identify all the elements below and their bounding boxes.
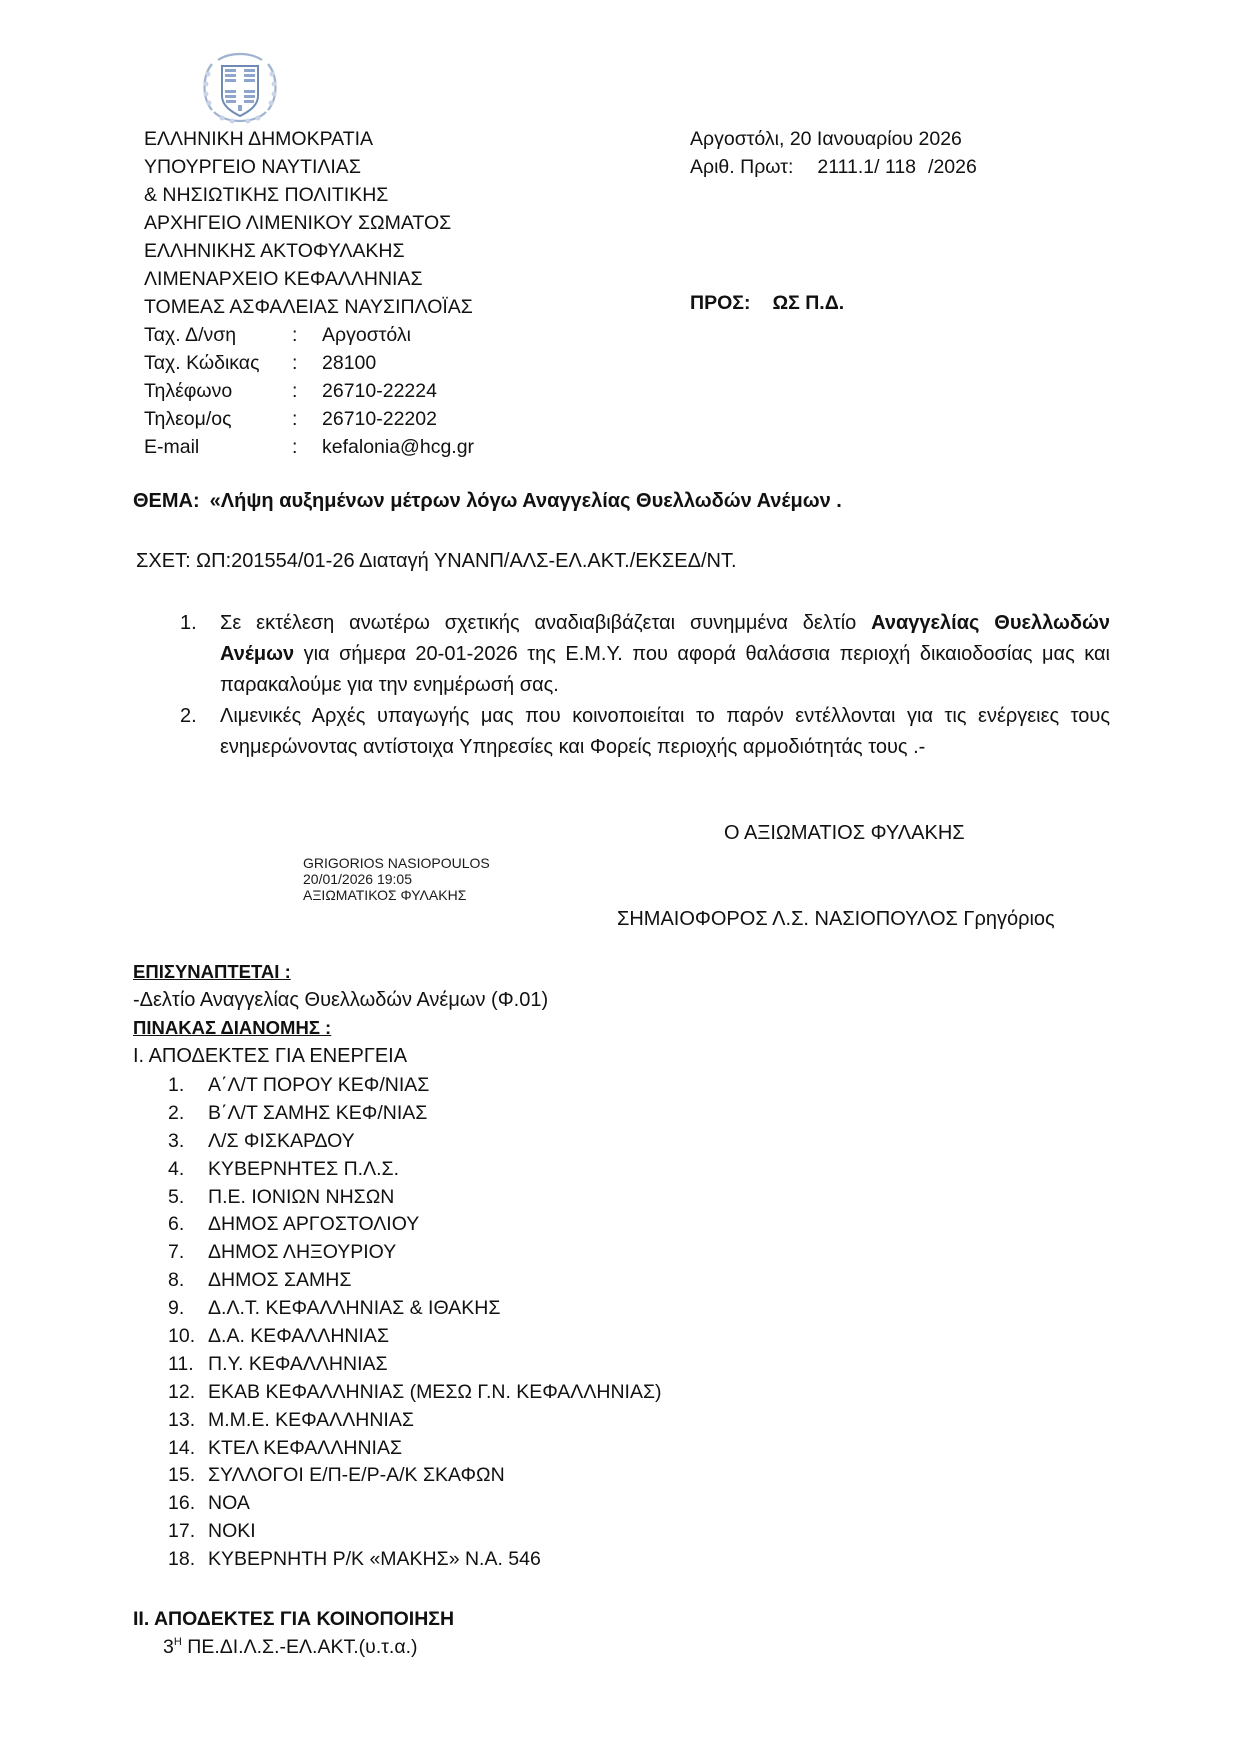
attachments-section: ΕΠΙΣΥΝΑΠΤΕΤΑΙ : -Δελτίο Αναγγελίας Θυελλ…: [133, 958, 548, 1070]
recipient-item: 11.Π.Υ. ΚΕΦΑΛΛΗΝΙΑΣ: [168, 1351, 662, 1379]
signatory-name: ΣΗΜΑΙΟΦΟΡΟΣ Λ.Σ. ΝΑΣΙΟΠΟΥΛΟΣ Γρηγόριος: [617, 908, 1055, 931]
recipient-item: 10.Δ.Α. ΚΕΦΑΛΛΗΝΙΑΣ: [168, 1323, 662, 1351]
recipient-name: Α΄Λ/Τ ΠΟΡΟΥ ΚΕΦ/ΝΙΑΣ: [208, 1072, 429, 1100]
recipient-number: 12.: [168, 1379, 208, 1407]
recipient-item: 17.ΝΟΚΙ: [168, 1518, 662, 1546]
contact-sep: :: [292, 321, 322, 349]
recipient-to: ΠΡΟΣ:ΩΣ Π.Δ.: [690, 292, 844, 315]
recipient-name: ΚΥΒΕΡΝΗΤΕΣ Π.Λ.Σ.: [208, 1156, 399, 1184]
recipient-name: ΝΟΑ: [208, 1490, 250, 1518]
recipient-number: 4.: [168, 1156, 208, 1184]
signatory-title: Ο ΑΞΙΩΜΑΤΙΟΣ ΦΥΛΑΚΗΣ: [724, 822, 965, 845]
recipient-number: 5.: [168, 1184, 208, 1212]
digital-signature-role: ΑΞΙΩΜΑΤΙΚΟΣ ΦΥΛΑΚΗΣ: [303, 887, 490, 903]
paragraph-text-post: για σήμερα 20-01-2026 της Ε.Μ.Υ. που αφο…: [220, 643, 1110, 696]
recipient-number: 18.: [168, 1546, 208, 1574]
digital-signature: GRIGORIOS NASIOPOULOS 20/01/2026 19:05 Α…: [303, 855, 490, 903]
recipient-name: ΚΥΒΕΡΝΗΤΗ Ρ/Κ «ΜΑΚΗΣ» Ν.Α. 546: [208, 1546, 541, 1574]
recipient-name: Λ/Σ ΦΙΣΚΑΡΔΟΥ: [208, 1128, 355, 1156]
recipient-number: 16.: [168, 1490, 208, 1518]
recipient-name: ΕΚΑΒ ΚΕΦΑΛΛΗΝΙΑΣ (ΜΕΣΩ Γ.Ν. ΚΕΦΑΛΛΗΝΙΑΣ): [208, 1379, 662, 1407]
paragraph-number: 1.: [180, 608, 220, 701]
contact-postal-code: Ταχ. Κώδικας : 28100: [144, 349, 474, 377]
contact-label: Τηλέφωνο: [144, 377, 292, 405]
recipient-item: 9.Δ.Λ.Τ. ΚΕΦΑΛΛΗΝΙΑΣ & ΙΘΑΚΗΣ: [168, 1295, 662, 1323]
recipient-number: 13.: [168, 1407, 208, 1435]
org-line: & ΝΗΣΙΩΤΙΚΗΣ ΠΟΛΙΤΙΚΗΣ: [144, 181, 474, 209]
body-paragraphs: 1. Σε εκτέλεση ανωτέρω σχετικής αναδιαβι…: [180, 608, 1110, 763]
place-date: Αργοστόλι, 20 Ιανουαρίου 2026: [690, 125, 977, 153]
recipient-number: 3.: [168, 1128, 208, 1156]
notify-item-ordinal-suffix: Η: [174, 1636, 182, 1648]
paragraph-text: Λιμενικές Αρχές υπαγωγής μας που κοινοπο…: [220, 701, 1110, 763]
distribution-heading: ΠΙΝΑΚΑΣ ΔΙΑΝΟΜΗΣ :: [133, 1014, 548, 1042]
action-recipients-list: 1.Α΄Λ/Τ ΠΟΡΟΥ ΚΕΦ/ΝΙΑΣ2.Β΄Λ/Τ ΣΑΜΗΣ ΚΕΦ/…: [168, 1072, 662, 1574]
recipient-item: 14.ΚΤΕΛ ΚΕΦΑΛΛΗΝΙΑΣ: [168, 1435, 662, 1463]
notify-recipient-item: 3Η ΠΕ.ΔΙ.Λ.Σ.-ΕΛ.ΑΚΤ.(υ.τ.α.): [163, 1636, 418, 1659]
recipient-name: Δ.Λ.Τ. ΚΕΦΑΛΛΗΝΙΑΣ & ΙΘΑΚΗΣ: [208, 1295, 500, 1323]
org-line: ΛΙΜΕΝΑΡΧΕΙΟ ΚΕΦΑΛΛΗΝΙΑΣ: [144, 265, 474, 293]
protocol-number: 2111.1/ 118: [817, 156, 916, 178]
recipient-name: ΔΗΜΟΣ ΛΗΞΟΥΡΙΟΥ: [208, 1239, 396, 1267]
recipient-item: 16.ΝΟΑ: [168, 1490, 662, 1518]
contact-address: Ταχ. Δ/νση : Αργοστόλι: [144, 321, 474, 349]
org-line: ΤΟΜΕΑΣ ΑΣΦΑΛΕΙΑΣ ΝΑΥΣΙΠΛΟΪΑΣ: [144, 293, 474, 321]
recipient-item: 8.ΔΗΜΟΣ ΣΑΜΗΣ: [168, 1267, 662, 1295]
recipient-number: 11.: [168, 1351, 208, 1379]
to-value: ΩΣ Π.Δ.: [772, 292, 844, 314]
recipient-name: ΝΟΚΙ: [208, 1518, 256, 1546]
protocol-year: /2026: [928, 156, 977, 178]
recipient-name: Π.Υ. ΚΕΦΑΛΛΗΝΙΑΣ: [208, 1351, 388, 1379]
contact-sep: :: [292, 377, 322, 405]
contact-email: E-mail : kefalonia@hcg.gr: [144, 433, 474, 461]
reference-line: ΣΧΕΤ: ΩΠ:201554/01-26 Διαταγή ΥΝΑΝΠ/ΑΛΣ-…: [136, 550, 737, 573]
protocol-label: Αριθ. Πρωτ:: [690, 156, 793, 178]
org-line: ΕΛΛΗΝΙΚΗ ΔΗΜΟΚΡΑΤΙΑ: [144, 125, 474, 153]
paragraph-number: 2.: [180, 701, 220, 763]
recipient-number: 14.: [168, 1435, 208, 1463]
notify-item-ordinal: 3: [163, 1636, 174, 1658]
protocol-number-row: Αριθ. Πρωτ:2111.1/ 118/2026: [690, 153, 977, 181]
paragraph-2: 2. Λιμενικές Αρχές υπαγωγής μας που κοιν…: [180, 701, 1110, 763]
contact-fax: Τηλεομ/ος : 26710-22202: [144, 405, 474, 433]
contact-label: E-mail: [144, 433, 292, 461]
subject-line: ΘΕΜΑ:«Λήψη αυξημένων μέτρων λόγω Αναγγελ…: [133, 490, 842, 513]
recipient-item: 1.Α΄Λ/Τ ΠΟΡΟΥ ΚΕΦ/ΝΙΑΣ: [168, 1072, 662, 1100]
contact-sep: :: [292, 349, 322, 377]
recipient-name: ΚΤΕΛ ΚΕΦΑΛΛΗΝΙΑΣ: [208, 1435, 402, 1463]
recipient-name: Μ.Μ.Ε. ΚΕΦΑΛΛΗΝΙΑΣ: [208, 1407, 414, 1435]
contact-sep: :: [292, 405, 322, 433]
recipient-number: 7.: [168, 1239, 208, 1267]
recipient-number: 6.: [168, 1211, 208, 1239]
recipient-item: 6.ΔΗΜΟΣ ΑΡΓΟΣΤΟΛΙΟΥ: [168, 1211, 662, 1239]
subject-label: ΘΕΜΑ:: [133, 490, 200, 512]
doc-meta: Αργοστόλι, 20 Ιανουαρίου 2026 Αριθ. Πρωτ…: [690, 125, 977, 181]
paragraph-text-pre: Σε εκτέλεση ανωτέρω σχετικής αναδιαβιβάζ…: [220, 612, 871, 634]
paragraph-1: 1. Σε εκτέλεση ανωτέρω σχετικής αναδιαβι…: [180, 608, 1110, 701]
recipient-number: 15.: [168, 1462, 208, 1490]
recipient-item: 18.ΚΥΒΕΡΝΗΤΗ Ρ/Κ «ΜΑΚΗΣ» Ν.Α. 546: [168, 1546, 662, 1574]
recipient-item: 15.ΣΥΛΛΟΓΟΙ Ε/Π-Ε/Ρ-Α/Κ ΣΚΑΦΩΝ: [168, 1462, 662, 1490]
recipient-item: 2.Β΄Λ/Τ ΣΑΜΗΣ ΚΕΦ/ΝΙΑΣ: [168, 1100, 662, 1128]
action-recipients-heading: Ι. ΑΠΟΔΕΚΤΕΣ ΓΙΑ ΕΝΕΡΓΕΙΑ: [133, 1042, 548, 1070]
greek-coat-of-arms-icon: [198, 50, 282, 126]
recipient-number: 17.: [168, 1518, 208, 1546]
org-line: ΑΡΧΗΓΕΙΟ ΛΙΜΕΝΙΚΟΥ ΣΩΜΑΤΟΣ: [144, 209, 474, 237]
attachments-heading: ΕΠΙΣΥΝΑΠΤΕΤΑΙ :: [133, 958, 548, 986]
recipient-item: 13.Μ.Μ.Ε. ΚΕΦΑΛΛΗΝΙΑΣ: [168, 1407, 662, 1435]
contact-value-email[interactable]: kefalonia@hcg.gr: [322, 433, 474, 461]
recipient-number: 2.: [168, 1100, 208, 1128]
recipient-number: 1.: [168, 1072, 208, 1100]
recipient-number: 10.: [168, 1323, 208, 1351]
contact-value: 26710-22202: [322, 405, 437, 433]
digital-signature-name: GRIGORIOS NASIOPOULOS: [303, 855, 490, 871]
contact-label: Τηλεομ/ος: [144, 405, 292, 433]
recipient-item: 5.Π.Ε. ΙΟΝΙΩΝ ΝΗΣΩΝ: [168, 1184, 662, 1212]
recipient-item: 7.ΔΗΜΟΣ ΛΗΞΟΥΡΙΟΥ: [168, 1239, 662, 1267]
contact-value: 26710-22224: [322, 377, 437, 405]
recipient-name: Β΄Λ/Τ ΣΑΜΗΣ ΚΕΦ/ΝΙΑΣ: [208, 1100, 427, 1128]
sender-block: ΕΛΛΗΝΙΚΗ ΔΗΜΟΚΡΑΤΙΑ ΥΠΟΥΡΓΕΙΟ ΝΑΥΤΙΛΙΑΣ …: [144, 125, 474, 461]
notify-item-text: ΠΕ.ΔΙ.Λ.Σ.-ΕΛ.ΑΚΤ.(υ.τ.α.): [182, 1636, 418, 1658]
recipient-number: 9.: [168, 1295, 208, 1323]
to-label: ΠΡΟΣ:: [690, 292, 750, 314]
paragraph-text: Σε εκτέλεση ανωτέρω σχετικής αναδιαβιβάζ…: [220, 608, 1110, 701]
contact-value: Αργοστόλι: [322, 321, 411, 349]
recipient-number: 8.: [168, 1267, 208, 1295]
org-line: ΥΠΟΥΡΓΕΙΟ ΝΑΥΤΙΛΙΑΣ: [144, 153, 474, 181]
contact-label: Ταχ. Δ/νση: [144, 321, 292, 349]
recipient-item: 4.ΚΥΒΕΡΝΗΤΕΣ Π.Λ.Σ.: [168, 1156, 662, 1184]
recipient-name: ΣΥΛΛΟΓΟΙ Ε/Π-Ε/Ρ-Α/Κ ΣΚΑΦΩΝ: [208, 1462, 505, 1490]
contact-label: Ταχ. Κώδικας: [144, 349, 292, 377]
recipient-item: 12.ΕΚΑΒ ΚΕΦΑΛΛΗΝΙΑΣ (ΜΕΣΩ Γ.Ν. ΚΕΦΑΛΛΗΝΙ…: [168, 1379, 662, 1407]
recipient-name: ΔΗΜΟΣ ΑΡΓΟΣΤΟΛΙΟΥ: [208, 1211, 419, 1239]
attachment-item: -Δελτίο Αναγγελίας Θυελλωδών Ανέμων (Φ.0…: [133, 986, 548, 1014]
notify-recipients-heading: ΙΙ. ΑΠΟΔΕΚΤΕΣ ΓΙΑ ΚΟΙΝΟΠΟΙΗΣΗ: [133, 1608, 454, 1631]
contact-phone: Τηλέφωνο : 26710-22224: [144, 377, 474, 405]
recipient-name: Π.Ε. ΙΟΝΙΩΝ ΝΗΣΩΝ: [208, 1184, 394, 1212]
org-line: ΕΛΛΗΝΙΚΗΣ ΑΚΤΟΦΥΛΑΚΗΣ: [144, 237, 474, 265]
subject-text: «Λήψη αυξημένων μέτρων λόγω Αναγγελίας Θ…: [210, 490, 842, 512]
recipient-name: Δ.Α. ΚΕΦΑΛΛΗΝΙΑΣ: [208, 1323, 389, 1351]
recipient-item: 3.Λ/Σ ΦΙΣΚΑΡΔΟΥ: [168, 1128, 662, 1156]
contact-sep: :: [292, 433, 322, 461]
recipient-name: ΔΗΜΟΣ ΣΑΜΗΣ: [208, 1267, 351, 1295]
digital-signature-datetime: 20/01/2026 19:05: [303, 871, 490, 887]
contact-value: 28100: [322, 349, 376, 377]
